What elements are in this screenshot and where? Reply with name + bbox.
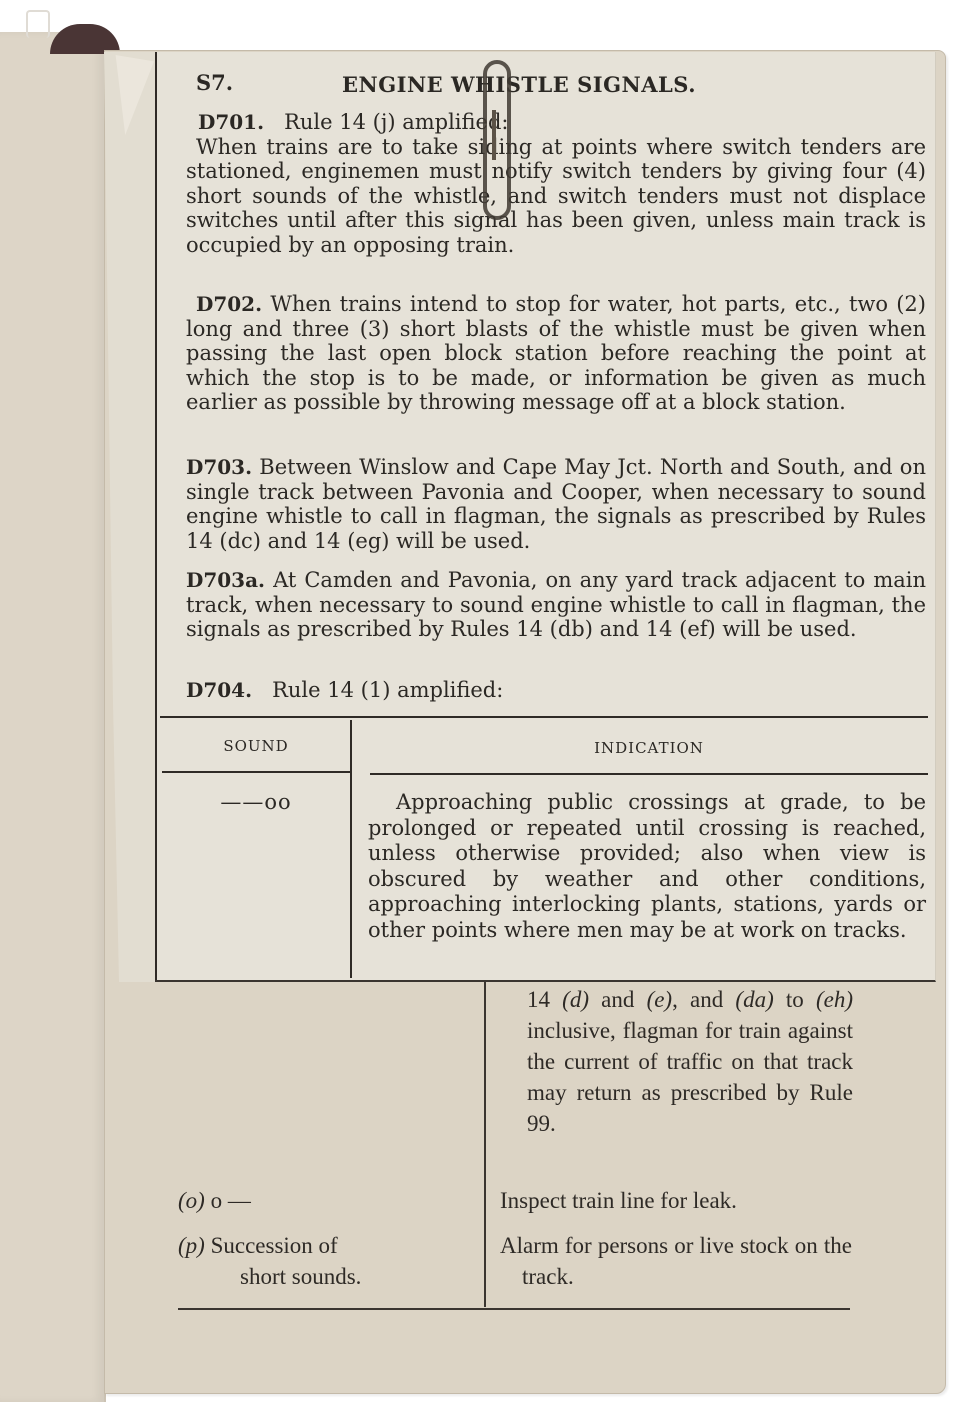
rule-id: D703. <box>186 455 252 479</box>
rule-heading: Rule 14 (1) amplified: <box>272 678 503 702</box>
table-column-divider <box>350 720 352 978</box>
section-header: S7. ENGINE WHISTLE SIGNALS. <box>196 70 936 100</box>
left-page <box>0 32 106 1402</box>
slip-border-rule <box>155 52 157 980</box>
section-number: S7. <box>196 70 233 95</box>
table-row-p-indication: Alarm for persons or live stock on the t… <box>500 1230 852 1292</box>
paperclip-icon <box>483 60 511 220</box>
rule-d703: D703. Between Winslow and Cape May Jct. … <box>186 455 926 553</box>
header-rule-sound <box>162 771 350 773</box>
rule-heading: Rule 14 (j) amplified: <box>284 110 508 134</box>
bottom-rule <box>178 1308 850 1310</box>
section-title: ENGINE WHISTLE SIGNALS. <box>342 72 696 97</box>
table-row-o-sound: (o) o — <box>178 1185 478 1216</box>
rule-id: D702. <box>186 292 262 316</box>
table-row-p-sound: (p) Succession of short sounds. <box>178 1230 478 1292</box>
header-rule-indication <box>370 773 928 775</box>
rule-text: When trains intend to stop for water, ho… <box>186 292 926 414</box>
rule-d702: D702. When trains intend to stop for wat… <box>186 292 926 415</box>
rule-id: D701. <box>198 110 264 134</box>
paperclip-inner-wire <box>492 110 496 160</box>
binding-thread <box>26 10 50 38</box>
indication-text: Approaching public crossings at grade, t… <box>368 790 926 943</box>
continuation-text: 14 (d) and (e), and (da) to (eh) inclusi… <box>527 984 853 1139</box>
table-top-rule <box>160 716 928 718</box>
rule-d704: D704. Rule 14 (1) amplified: <box>186 678 926 703</box>
rule-text: Between Winslow and Cape May Jct. North … <box>186 455 926 553</box>
rule-d703a: D703a. At Camden and Pavonia, on any yar… <box>186 568 926 642</box>
rule-id: D703a. <box>186 568 265 592</box>
rule-id: D704. <box>186 678 252 702</box>
column-header-indication: INDICATION <box>370 739 928 757</box>
table-divider <box>484 982 486 1307</box>
sound-signal: ——oo <box>162 790 350 814</box>
rule-text: When trains are to take siding at points… <box>186 135 926 258</box>
table-row-o-indication: Inspect train line for leak. <box>500 1185 850 1216</box>
rule-d701: D701. Rule 14 (j) amplified: When trains… <box>186 110 926 257</box>
column-header-sound: SOUND <box>162 737 350 755</box>
rule-text: At Camden and Pavonia, on any yard track… <box>186 568 926 641</box>
